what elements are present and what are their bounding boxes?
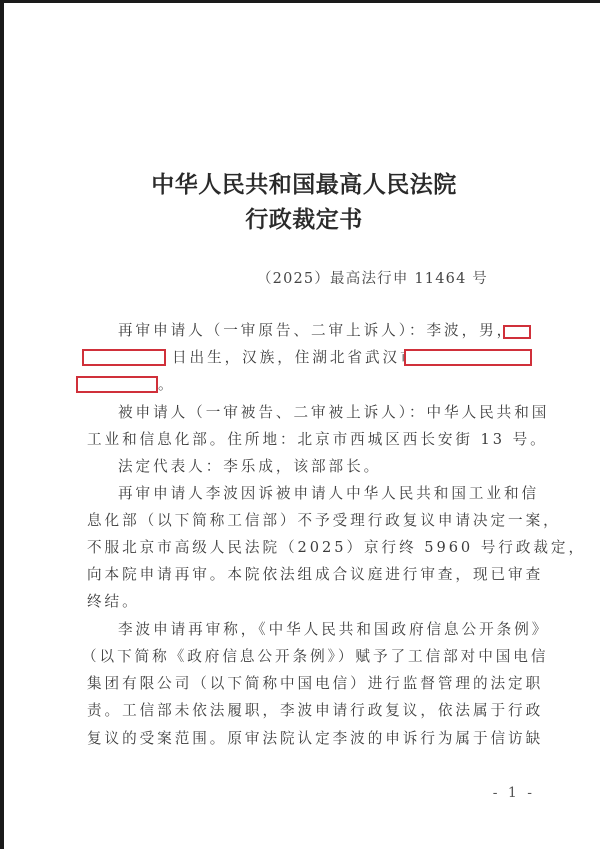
claim-line-1: 李波申请再审称，《中华人民共和国政府信息公开条例》 <box>118 621 566 639</box>
case-summary-line-4: 向本院申请再审。本院依法组成合议庭进行审查，现已审查 <box>87 566 535 584</box>
document-page: 中华人民共和国最高人民法院 行政裁定书 （2025）最高法行申 11464 号 … <box>0 0 600 849</box>
case-summary-line-3: 不服北京市高级人民法院（2025）京行终 5960 号行政裁定， <box>87 539 535 557</box>
redaction-box-address-cont <box>76 376 158 393</box>
claim-line-4: 责。工信部未依法履职，李波申请行政复议，依法属于行政 <box>87 702 535 720</box>
applicant-line-3: 。 <box>158 376 188 394</box>
applicant-text: 再审申请人（一审原告、二审上诉人）：李波，男， <box>118 322 514 339</box>
legal-representative-line: 法定代表人：李乐成，该部部长。 <box>118 458 566 476</box>
claim-line-2: （以下简称《政府信息公开条例》）赋予了工信部对中国电信 <box>82 648 530 666</box>
case-summary-line-2: 息化部（以下简称工信部）不予受理行政复议申请决定一案， <box>87 512 535 530</box>
case-summary-line-5: 终结。 <box>87 593 535 611</box>
redaction-box-address <box>404 349 532 366</box>
redaction-box-birth-date <box>82 349 166 366</box>
respondent-line-2: 工业和信息化部。住所地：北京市西城区西长安街 13 号。 <box>87 431 535 449</box>
document-type-title: 行政裁定书 <box>4 201 600 234</box>
applicant-line-1: 再审申请人（一审原告、二审上诉人）：李波，男， <box>118 322 566 340</box>
case-number: （2025）最高法行申 11464 号 <box>257 267 488 288</box>
page-number: - 1 - <box>493 785 535 801</box>
claim-line-5: 复议的受案范围。原审法院认定李波的申诉行为属于信访缺 <box>87 730 535 748</box>
court-name-title: 中华人民共和国最高人民法院 <box>4 166 600 199</box>
redaction-box-birth-year <box>503 325 531 339</box>
claim-line-3: 集团有限公司（以下简称中国电信）进行监督管理的法定职 <box>87 675 535 693</box>
applicant-line-2: 日出生，汉族，住湖北省武汉市 <box>172 349 402 367</box>
respondent-line-1: 被申请人（一审被告、二审被上诉人）：中华人民共和国 <box>118 404 566 422</box>
case-summary-line-1: 再审申请人李波因诉被申请人中华人民共和国工业和信 <box>118 485 566 503</box>
